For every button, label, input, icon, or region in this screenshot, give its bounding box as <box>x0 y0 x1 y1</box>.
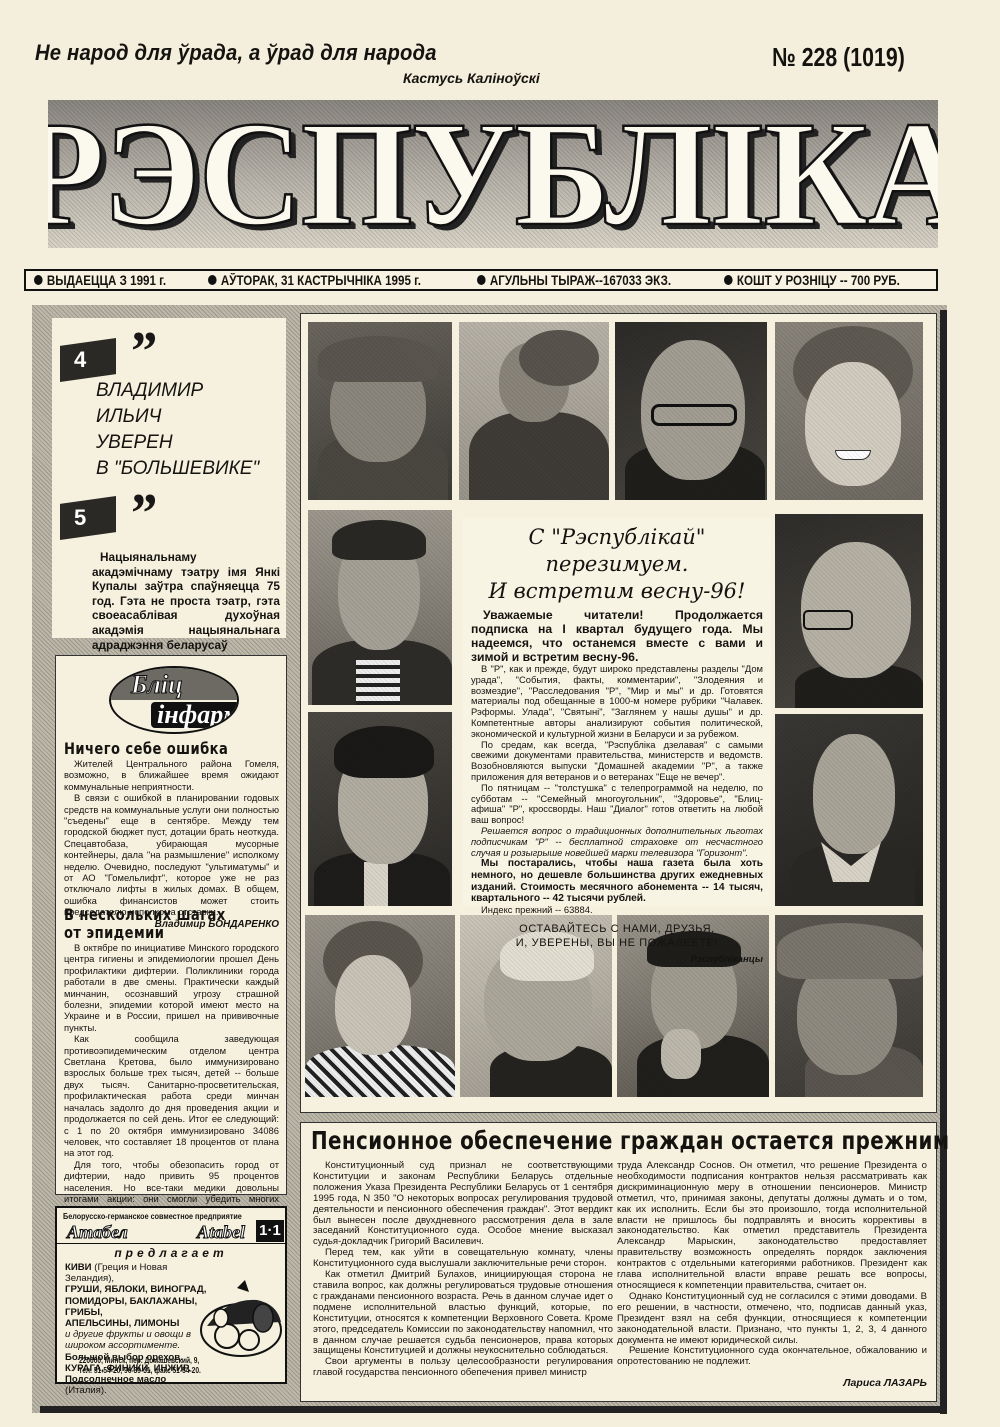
photo-older-man-collar <box>775 714 923 906</box>
masthead-title: РЭСПУБЛІКА <box>48 100 938 248</box>
ad-address: 220000, Минск, пер. Домашевский, 9, тел.… <box>79 1356 201 1376</box>
article-title: В нескольких шагах <box>64 906 240 924</box>
info-date: АЎТОРАК, 31 КАСТРЫЧНІКА 1995 г. <box>208 273 421 288</box>
info-circulation: АГУЛЬНЫ ТЫРАЖ--167033 ЭКЗ. <box>477 273 671 288</box>
bullet-icon <box>477 275 486 285</box>
fruit-basket-icon <box>197 1278 285 1360</box>
teaser-text[interactable]: Нацыянальнаму акадэмічнаму тэатру імя Ян… <box>92 550 280 652</box>
promo-title: С "Рэспублікай" перезимуем. И встретим в… <box>471 524 763 605</box>
bullet-icon <box>34 275 43 285</box>
bullet-icon <box>724 275 733 285</box>
pension-article: Пенсионное обеспечение граждан остается … <box>300 1122 937 1402</box>
ad-text: КИВИ (Греция и Новая Зеландия), ГРУШИ, Я… <box>65 1262 215 1396</box>
article-column: труда Александр Соснов. Он отметил, что … <box>617 1161 927 1389</box>
blitz-section: Бліц інфарм Ничего себе ошибка Жителей Ц… <box>55 655 287 1195</box>
teaser-box: 4 ” ВЛАДИМИР ИЛЬИЧ УВЕРЕН В "БОЛЬШЕВИКЕ"… <box>52 318 286 638</box>
blitz-article: В нескольких шагах от эпидемии В октябре… <box>64 906 279 1228</box>
masthead: РЭСПУБЛІКА <box>48 100 938 248</box>
info-price: КОШТ У РОЗНІЦУ -- 700 РУБ. <box>724 273 900 288</box>
photo-smiling-woman <box>775 322 923 500</box>
ad-brand: Атабел <box>67 1222 128 1243</box>
frame-shadow <box>40 1406 947 1413</box>
photo-young-man-striped <box>308 510 452 705</box>
photo-man-glasses-profile <box>775 514 923 708</box>
promo-lead: Уважаемые читатели! Продолжается подписк… <box>471 608 763 664</box>
photo-bald-man-glasses <box>615 322 767 500</box>
bullet-icon <box>208 275 217 285</box>
quote-icon: ” <box>128 324 156 380</box>
promo-call: ОСТАВАЙТЕСЬ С НАМИ, ДРУЗЬЯ, И, УВЕРЕНЫ, … <box>471 922 763 950</box>
photo-dark-haired-man <box>308 712 452 906</box>
photo-old-man-flat-cap <box>775 915 923 1097</box>
teaser-headline[interactable]: ВЛАДИМИР ИЛЬИЧ УВЕРЕН В "БОЛЬШЕВИКЕ" <box>96 378 281 482</box>
article-column: Конституционный суд признал не соответст… <box>313 1161 613 1379</box>
motto: Не народ для ўрада, а ўрад для народа <box>35 40 437 66</box>
byline: Лариса ЛАЗАРЬ <box>617 1378 927 1389</box>
subscription-promo: С "Рэспублікай" перезимуем. И встретим в… <box>463 518 771 906</box>
ad-logo-badge: 1·1 <box>256 1220 284 1242</box>
page-4-tab[interactable]: 4 <box>60 338 116 382</box>
ad-brand: Atabel <box>197 1222 245 1243</box>
article-title: Ничего себе ошибка <box>64 740 240 758</box>
motto-author: Кастусь Каліноўскі <box>403 70 540 86</box>
photo-man-in-cap <box>308 322 452 500</box>
quote-icon: ” <box>128 486 156 542</box>
issue-number: № 228 (1019) <box>772 42 905 73</box>
promo-signature: Рэспубліканцы <box>471 954 763 965</box>
photo-woman-blouse <box>305 915 455 1097</box>
atabel-ad: Белорусско-германское совместное предпри… <box>55 1206 287 1384</box>
article-headline[interactable]: Пенсионное обеспечение граждан остается … <box>311 1125 804 1157</box>
info-founded: ВЫДАЕЦЦА З 1991 г. <box>34 273 166 288</box>
info-bar: ВЫДАЕЦЦА З 1991 г. АЎТОРАК, 31 КАСТРЫЧНІ… <box>24 269 938 291</box>
subscription-index: Индекс прежний -- 63884. <box>471 905 763 916</box>
frame-shadow <box>940 310 947 1414</box>
blitz-logo: Бліц інфарм <box>109 666 239 734</box>
page-5-tab[interactable]: 5 <box>60 496 116 540</box>
photo-woman-beret <box>459 322 609 500</box>
blitz-article: Ничего себе ошибка Жителей Центрального … <box>64 740 279 930</box>
article-title: от эпидемии <box>64 924 240 942</box>
